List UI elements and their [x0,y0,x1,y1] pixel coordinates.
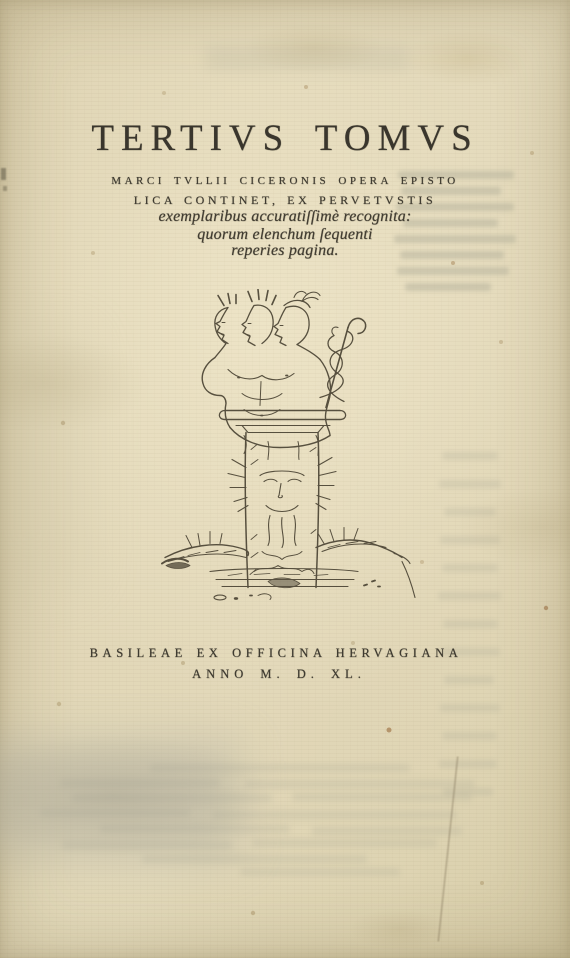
subtitle-line-1: MARCI TVLLII CICERONIS OPERA EPISTO [0,175,570,187]
foliate-mask [228,458,336,560]
caduceus-icon [320,318,366,407]
herm-caduceus-printer-device-icon [158,289,416,620]
edge-ink-mark [1,168,6,180]
ground [162,528,415,600]
page-title: TERTIVS TOMVS [0,119,570,159]
title-page: TERTIVS TOMVS MARCI TVLLII CICERONIS OPE… [0,0,570,958]
note-line-1: exemplaribus accuratiſſimè recognita: [0,208,570,226]
paper-crease [437,756,458,941]
subtitle-line-2: LICA CONTINET, EX PERVETVSTIS [0,193,570,208]
foxing-speckles [0,0,2,2]
herm-torso [202,344,330,460]
herm-heads [215,290,320,346]
imprint-place: BASILEAE EX OFFICINA HERVAGIANA [0,646,561,661]
edge-ink-mark [3,186,7,191]
imprint-year: ANNO M. D. XL. [0,667,564,682]
note-line-3: reperies pagina. [0,242,570,260]
